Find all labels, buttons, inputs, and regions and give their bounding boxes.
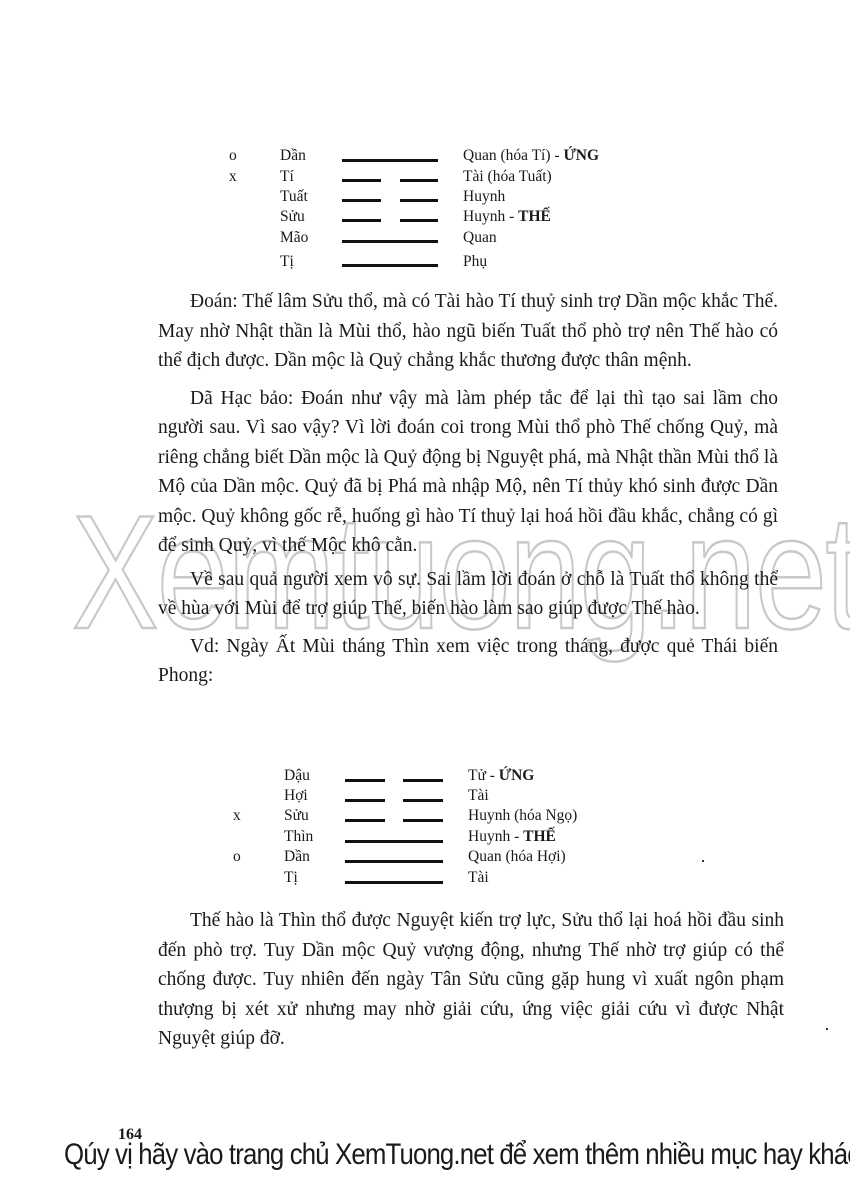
yang-line (342, 264, 438, 267)
branch-label: Tuất (280, 188, 308, 206)
body-section-2: Thế hào là Thìn thổ được Nguyệt kiến trợ… (158, 906, 784, 1054)
moving-mark: x (229, 168, 237, 186)
relation-label: Quan (hóa Hợi) (468, 848, 566, 866)
role-label: ỨNG (563, 147, 599, 164)
branch-label: Tị (280, 253, 294, 271)
hexagram-row: x Sửu Huynh (hóa Ngọ) (233, 807, 733, 827)
relation-label: Huynh (hóa Ngọ) (468, 807, 577, 825)
paragraph: Đoán: Thế lâm Sửu thổ, mà có Tài hào Tí … (158, 287, 778, 376)
yang-line (342, 240, 438, 243)
relation-label: Huynh (463, 188, 505, 206)
hexagram-row: Thìn Huynh - THẾ (233, 828, 733, 848)
relation-label: Phụ (463, 253, 487, 271)
yin-line-left (342, 179, 381, 182)
role-label: THẾ (523, 828, 556, 845)
branch-label: Tị (284, 869, 298, 887)
yin-line-left (345, 799, 385, 802)
yang-line (345, 860, 443, 863)
relation-label: Quan (463, 229, 497, 247)
paragraph: Thế hào là Thìn thổ được Nguyệt kiến trợ… (158, 906, 784, 1054)
relation-label: Quan (hóa Tí) - ỨNG (463, 147, 599, 165)
yin-line-right (403, 779, 443, 782)
relation-label: Tài (468, 787, 489, 805)
role-label: THẾ (518, 208, 551, 225)
footer-banner: Qúy vị hãy vào trang chủ XemTuong.net để… (64, 1138, 718, 1172)
yang-line (345, 840, 443, 843)
yin-line-left (345, 819, 385, 822)
yin-line-right (403, 819, 443, 822)
yang-line (345, 881, 443, 884)
hexagram-row: Tuất Huynh (229, 188, 729, 208)
yin-line-left (345, 779, 385, 782)
branch-label: Sửu (284, 807, 309, 825)
scan-speck (826, 1028, 828, 1030)
paragraph: Vd: Ngày Ất Mùi tháng Thìn xem việc tron… (158, 632, 778, 691)
paragraph: Về sau quả người xem vô sự. Sai lầm lời … (158, 565, 778, 624)
branch-label: Sửu (280, 208, 305, 226)
moving-mark: o (229, 147, 237, 165)
relation-label: Huynh - THẾ (468, 828, 556, 846)
branch-label: Tí (280, 168, 294, 186)
branch-label: Thìn (284, 828, 313, 846)
yin-line-right (400, 219, 438, 222)
yang-line (342, 159, 438, 162)
yin-line-right (400, 179, 438, 182)
hexagram-row: o Dần Quan (hóa Tí) - ỨNG (229, 147, 729, 167)
branch-label: Dần (280, 147, 306, 165)
yin-line-right (400, 199, 438, 202)
relation-label: Huynh - THẾ (463, 208, 551, 226)
hexagram-row: x Tí Tài (hóa Tuất) (229, 168, 729, 188)
hexagram-row: Dậu Tử - ỨNG (233, 767, 733, 787)
branch-label: Dần (284, 848, 310, 866)
moving-mark: x (233, 807, 241, 825)
yin-line-left (342, 219, 381, 222)
relation-label: Tử - ỨNG (468, 767, 534, 785)
branch-label: Mão (280, 229, 308, 247)
yin-line-left (342, 199, 381, 202)
body-section-1: Đoán: Thế lâm Sửu thổ, mà có Tài hào Tí … (158, 287, 778, 691)
hexagram-row: Mão Quan (229, 229, 729, 249)
paragraph: Dã Hạc bảo: Đoán như vậy mà làm phép tắc… (158, 384, 778, 561)
hexagram-row: Hợi Tài (233, 787, 733, 807)
hexagram-row: Tị Tài (233, 869, 733, 889)
relation-label: Tài (468, 869, 489, 887)
relation-label: Tài (hóa Tuất) (463, 168, 552, 186)
yin-line-right (403, 799, 443, 802)
hexagram-row: Tị Phụ (229, 253, 729, 273)
hexagram-row: Sửu Huynh - THẾ (229, 208, 729, 228)
branch-label: Dậu (284, 767, 310, 785)
branch-label: Hợi (284, 787, 308, 805)
moving-mark: o (233, 848, 241, 866)
role-label: ỨNG (499, 767, 535, 784)
hexagram-row: o Dần Quan (hóa Hợi) (233, 848, 733, 868)
